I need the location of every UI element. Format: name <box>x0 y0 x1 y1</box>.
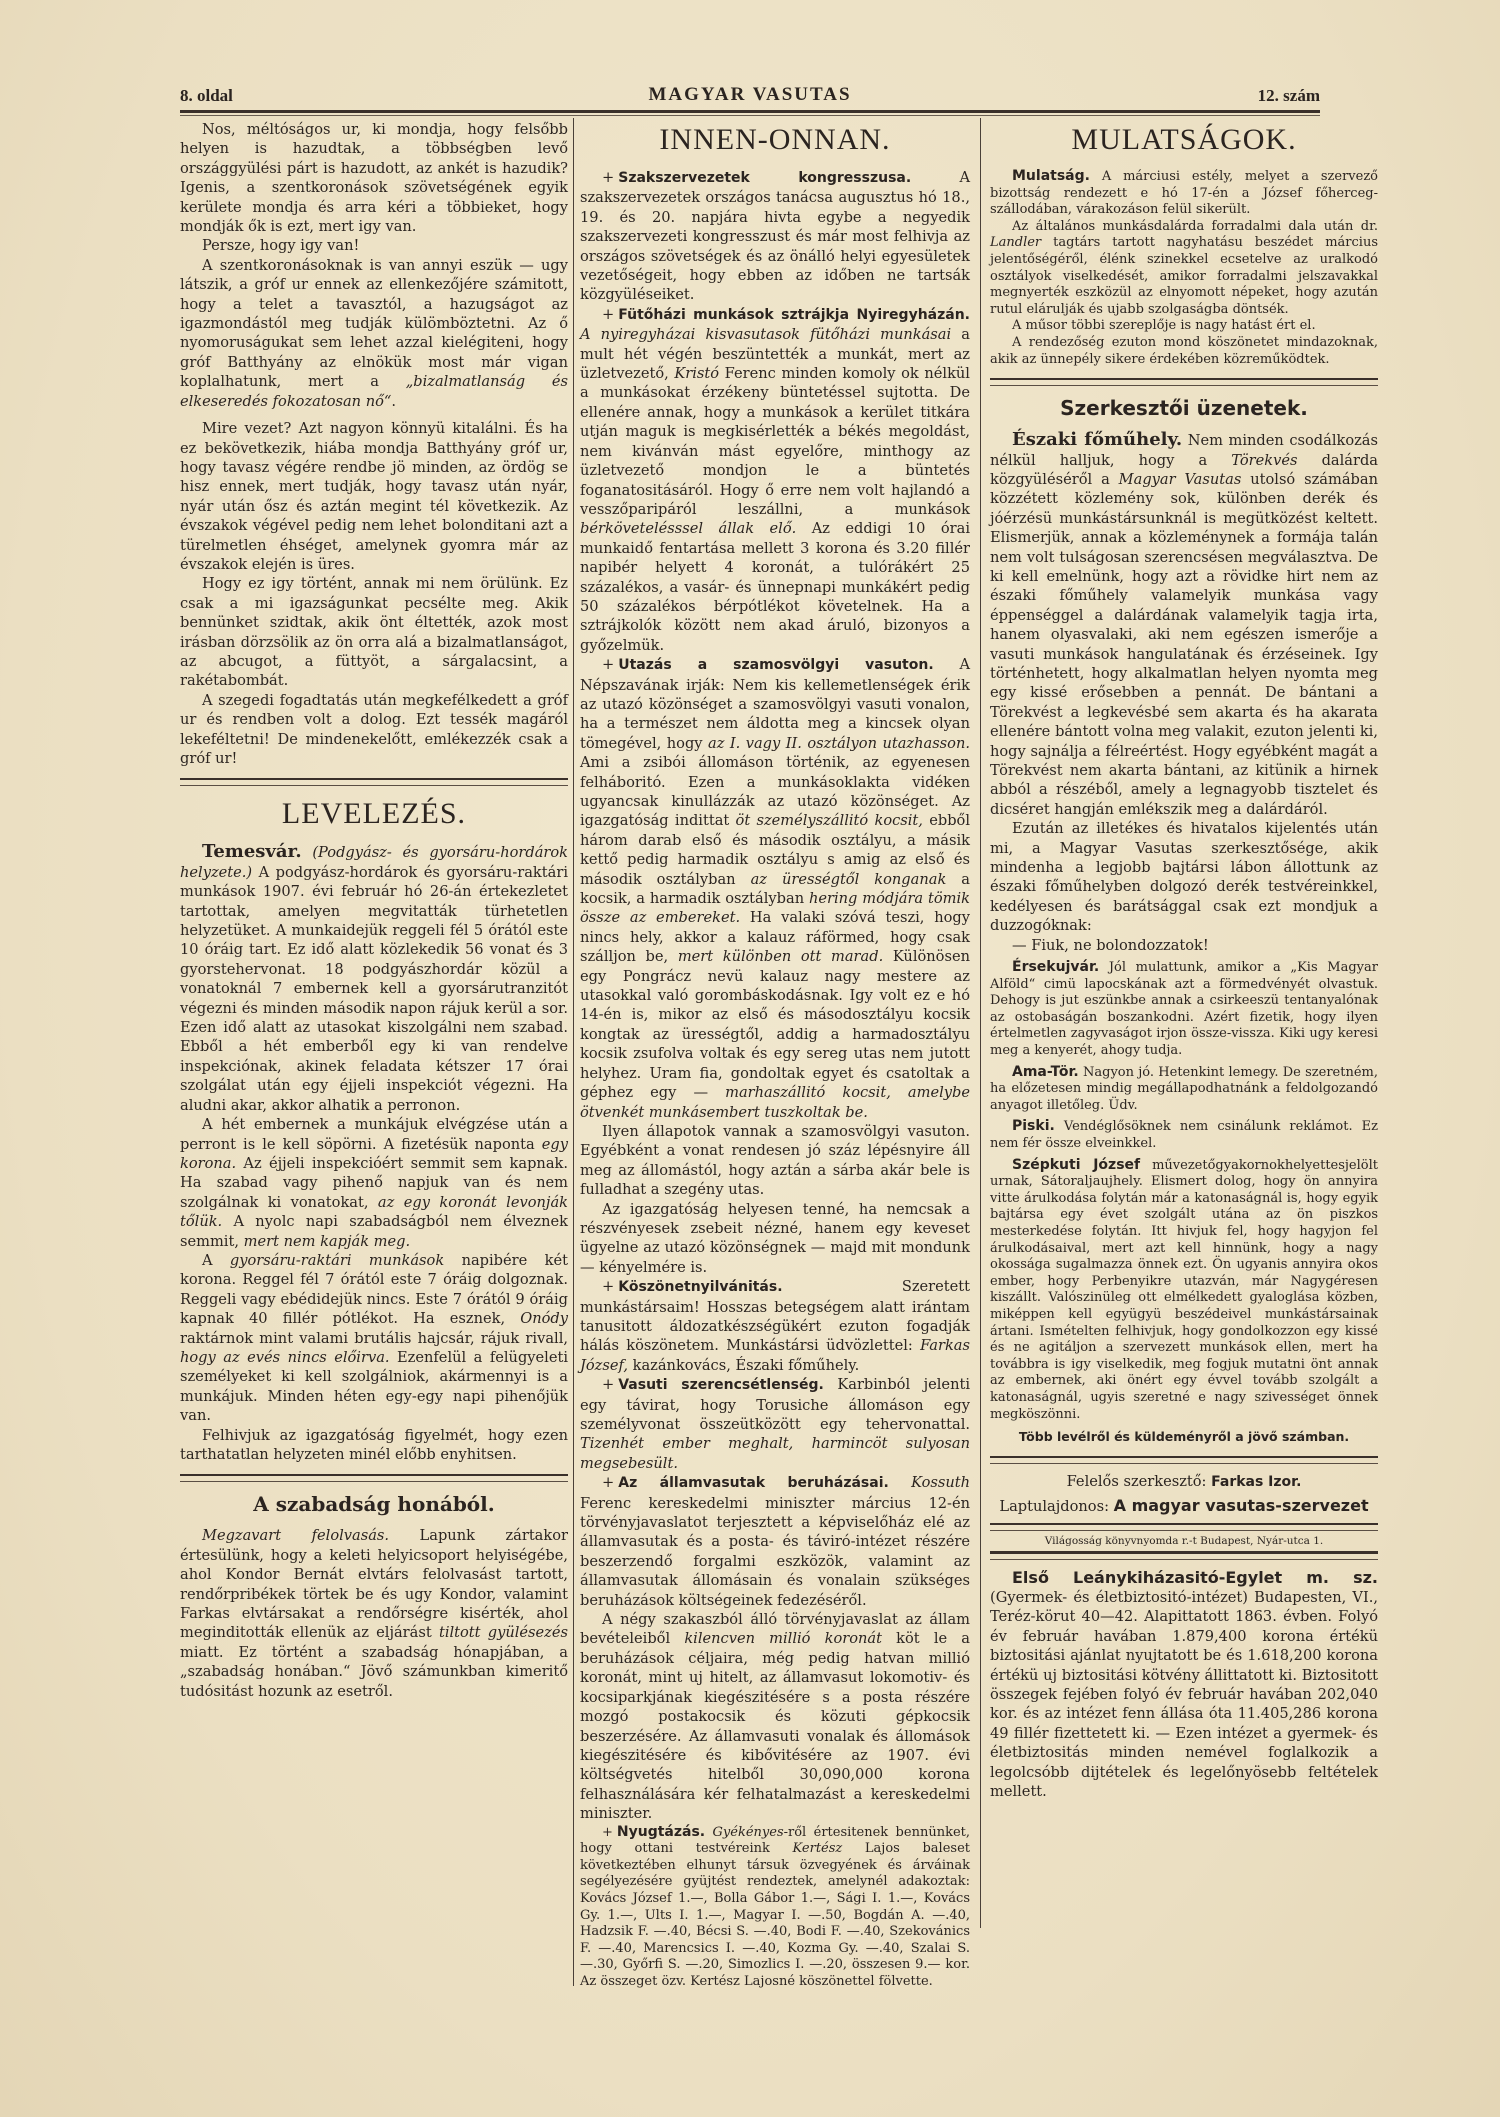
newspaper-title: MAGYAR VASUTAS <box>180 84 1320 106</box>
section-separator <box>990 378 1378 386</box>
news-item: +Utazás a szamosvölgyi vasuton. A Népsza… <box>580 655 970 1122</box>
advertiser-name: Első Leánykiházasitó-Egylet m. sz. <box>1012 1568 1378 1587</box>
masthead: 8. oldal MAGYAR VASUTAS 12. szám <box>180 82 1320 112</box>
news-item: +Fütőházi munkások sztrájkja Nyiregyházá… <box>580 305 970 655</box>
news-paragraph: Az igazgatóság helyesen tenné, ha nemcsa… <box>580 1200 970 1278</box>
cross-bullet-icon: + <box>602 1474 614 1491</box>
advertisement: Első Leánykiházasitó-Egylet m. sz. (Gyer… <box>990 1568 1378 1802</box>
section-separator <box>990 1456 1378 1464</box>
editor-name: Farkas Izor. <box>1211 1474 1301 1490</box>
letter-paragraph: A gyorsáru-raktári munkások napibére két… <box>180 1251 568 1426</box>
section-heading-innen-onnan: INNEN-ONNAN. <box>580 120 970 160</box>
editorial-message: Piski. Vendéglősöknek nem csinálunk rekl… <box>990 1118 1378 1152</box>
section-heading-mulatsagok: MULATSÁGOK. <box>990 120 1378 160</box>
printer-line: Világosság könyvnyomda r.-t Budapest, Ny… <box>990 1533 1378 1549</box>
news-item: +Az államvasutak beruházásai. Kossuth Fe… <box>580 1473 970 1610</box>
cross-bullet-icon: + <box>602 1376 614 1393</box>
article-paragraph: Megzavart felolvasás. Lapunk zártakor ér… <box>180 1526 568 1701</box>
section-heading-szerkesztoi-uzenetek: Szerkesztői üzenetek. <box>990 394 1378 422</box>
article-paragraph: A szentkoronásoknak is van annyi eszük —… <box>180 256 568 411</box>
article-paragraph: A szegedi fogadtatás után megkefélkedett… <box>180 691 568 769</box>
mulatsag-article: Mulatság. A márciusi estély, melyet a sz… <box>990 168 1378 368</box>
article-paragraph: Hogy ez igy történt, annak mi nem örülün… <box>180 574 568 690</box>
section-separator <box>180 1474 568 1482</box>
column-divider-1 <box>573 118 574 1986</box>
cross-bullet-icon: + <box>602 169 614 186</box>
more-letters-note: Több levélről és küldeményről a jövő szá… <box>990 1429 1378 1446</box>
news-item: +Szakszervezetek kongresszusa. A szaksze… <box>580 168 970 305</box>
news-paragraph: Ilyen állapotok vannak a szamosvölgyi va… <box>580 1122 970 1200</box>
cross-bullet-icon: + <box>602 656 614 673</box>
editorial-message: Északi főműhely. Nem minden csodálkozás … <box>990 430 1378 819</box>
masthead-rule-thin <box>180 115 1320 116</box>
editorial-messages-small: Érsekujvár. Jól mulattunk, amikor a „Kis… <box>990 959 1378 1446</box>
section-heading-levelezes: LEVELEZÉS. <box>180 794 568 834</box>
issue-number: 12. szám <box>1258 86 1320 106</box>
column-3: MULATSÁGOK. Mulatság. A márciusi estély,… <box>990 120 1378 1801</box>
newspaper-page: 8. oldal MAGYAR VASUTAS 12. szám Nos, mé… <box>0 0 1500 2117</box>
editorial-message: Érsekujvár. Jól mulattunk, amikor a „Kis… <box>990 959 1378 1060</box>
column-2: INNEN-ONNAN. +Szakszervezetek kongresszu… <box>580 120 970 1990</box>
article-paragraph: Persze, hogy igy van! <box>180 236 568 255</box>
news-item: +Nyugtázás. Gyékényes-ről értesitenek be… <box>580 1824 970 1991</box>
letter-paragraph: Temesvár. (Podgyász- és gyorsáru-hordáro… <box>180 842 568 1115</box>
column-1: Nos, méltóságos ur, ki mondja, hogy fels… <box>180 120 568 1701</box>
cross-bullet-icon: + <box>602 1825 613 1840</box>
letter-paragraph: A hét embernek a munkájuk elvégzése után… <box>180 1115 568 1251</box>
editor-line: Felelős szerkesztő: Farkas Izor. <box>990 1472 1378 1492</box>
news-item: +Köszönetnyilvánitás. Szeretett munkástá… <box>580 1277 970 1375</box>
column-divider-2 <box>980 118 981 1928</box>
masthead-rule <box>180 110 1320 113</box>
owner-line: Laptulajdonos: A magyar vasutas-szerveze… <box>990 1496 1378 1516</box>
cross-bullet-icon: + <box>602 306 614 323</box>
letter-location: Temesvár. <box>202 841 302 862</box>
section-separator <box>990 1523 1378 1531</box>
section-heading-szabadsag: A szabadság honából. <box>180 1490 568 1518</box>
cross-bullet-icon: + <box>602 1278 614 1295</box>
owner-name: A magyar vasutas-szervezet <box>1114 1496 1369 1515</box>
section-separator <box>990 1551 1378 1560</box>
news-item: +Vasuti szerencsétlenség. Karbinból jele… <box>580 1375 970 1473</box>
news-paragraph: A négy szakaszból álló törvényjavaslat a… <box>580 1610 970 1823</box>
section-separator <box>180 778 568 786</box>
editorial-message: Ama-Tör. Nagyon jó. Hetenkint lemegy. De… <box>990 1064 1378 1115</box>
editorial-message: Szépkuti József művezetőgyakornokhelyett… <box>990 1157 1378 1424</box>
article-paragraph: Mire vezet? Azt nagyon könnyü kitalálni.… <box>180 419 568 574</box>
letter-paragraph: Felhivjuk az igazgatóság figyelmét, hogy… <box>180 1426 568 1465</box>
article-paragraph: Nos, méltóságos ur, ki mondja, hogy fels… <box>180 120 568 236</box>
